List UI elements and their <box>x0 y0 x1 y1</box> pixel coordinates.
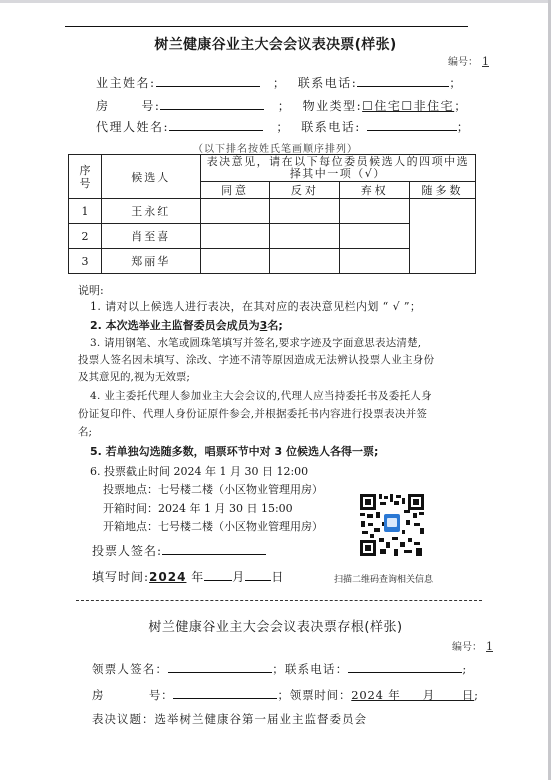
note-3-line1: 3. 请用钢笔、水笔或圆珠笔填写并签名,要求字迹及字面意思表达清楚, <box>90 335 421 350</box>
table-row: 1 王永红 <box>69 199 476 224</box>
note-4-line1: 4. 业主委托代理人参加业主大会会议的,代理人应当持委托书及委托人身 <box>90 388 432 403</box>
property-type-label: 物业类型: <box>303 99 363 113</box>
separator: ； <box>276 120 290 134</box>
receive-time-label: ；领票时间： <box>277 688 351 702</box>
row-seq: 2 <box>69 224 102 249</box>
qr-code[interactable] <box>358 492 426 558</box>
room-label: 房 号: <box>96 99 160 113</box>
vote-cell-oppose[interactable] <box>270 199 340 224</box>
owner-name-field[interactable] <box>156 74 260 87</box>
phone-field[interactable] <box>357 74 449 87</box>
receiver-sign-label: 领票人签名： <box>92 662 168 676</box>
note-3-line3: 及其意见的,视为无效票; <box>78 369 190 384</box>
voter-sign-row: 投票人签名: <box>92 542 266 559</box>
serial-number: 1 <box>482 55 489 68</box>
property-type-checkboxes[interactable]: ☐住宅☐非住宅 <box>362 99 454 113</box>
stub-phone-field[interactable] <box>348 660 462 673</box>
stub-topic-row: 表决议题：选举树兰健康谷第一届业主监督委员会 <box>92 711 367 727</box>
fill-time-row: 填写时间:2024 年月日 <box>92 568 284 585</box>
col-seq-header: 序号 <box>69 155 102 199</box>
vote-cell-follow-majority[interactable] <box>410 199 476 274</box>
line-end: ； <box>449 76 463 90</box>
proxy-phone-field[interactable] <box>367 118 457 131</box>
option-agree: 同意 <box>200 182 270 199</box>
vote-cell-abstain[interactable] <box>340 249 410 274</box>
topic-value: 选举树兰健康谷第一届业主监督委员会 <box>155 712 368 726</box>
row-seq: 3 <box>69 249 102 274</box>
phone-label: 联系电话: <box>298 76 358 90</box>
note-5: 5. 若单独勾选随多数，唱票环节中对 3 位候选人各得一票; <box>90 443 378 459</box>
header-rule <box>65 26 468 27</box>
row-candidate-name: 王永红 <box>101 199 200 224</box>
vote-cell-agree[interactable] <box>200 224 270 249</box>
owner-name-row: 业主姓名: ； 联系电话:； <box>96 74 463 91</box>
owner-name-label: 业主姓名: <box>96 76 156 90</box>
vote-cell-abstain[interactable] <box>340 199 410 224</box>
fill-year[interactable]: 2024 <box>149 570 186 584</box>
proxy-phone-label: 联系电话: <box>301 120 361 134</box>
open-place: 开箱地点：七号楼二楼（小区物业管理用房） <box>103 518 323 534</box>
note-2: 2. 本次选举业主监督委员会成员为3名; <box>90 317 283 333</box>
voter-sign-field[interactable] <box>162 542 266 555</box>
ballot-title: 树兰健康谷业主大会会议表决票(样张) <box>0 34 551 54</box>
stub-receiver-row: 领票人签名：；联系电话：; <box>92 660 467 677</box>
proxy-name-field[interactable] <box>169 118 263 131</box>
serial-number: 1 <box>486 640 493 653</box>
row-candidate-name: 肖至喜 <box>101 224 200 249</box>
col-candidate-header: 候选人 <box>101 155 200 199</box>
option-follow-majority: 随多数 <box>410 182 476 199</box>
stub-room-label: 房 号： <box>92 688 173 702</box>
receiver-sign-field[interactable] <box>168 660 272 673</box>
open-time: 开箱时间：2024 年 1 月 30 日 15:00 <box>103 500 293 516</box>
topic-label: 表决议题： <box>92 712 155 726</box>
fill-day-field[interactable] <box>245 568 271 581</box>
note-4-line2: 份证复印件、代理人身份证原件参会,并根据委托书内容进行投票表决并签 <box>78 406 427 421</box>
qr-caption: 扫描二维码查询相关信息 <box>334 572 433 585</box>
window-top-border <box>0 0 551 3</box>
vote-cell-oppose[interactable] <box>270 249 340 274</box>
line-end: ； <box>457 120 471 134</box>
separator: ； <box>273 76 287 90</box>
ballot-serial: 编号：1 <box>448 53 489 68</box>
fill-time-label: 填写时间: <box>92 570 149 584</box>
stub-serial: 编号：1 <box>452 638 493 653</box>
note-1: 1. 请对以上候选人进行表决，在其对应的表决意见栏内划 “ √ ”； <box>90 298 421 314</box>
stub-room-field[interactable] <box>173 686 277 699</box>
row-seq: 1 <box>69 199 102 224</box>
vote-cell-agree[interactable] <box>200 249 270 274</box>
room-field[interactable] <box>160 97 264 110</box>
option-abstain: 弃权 <box>340 182 410 199</box>
stub-title: 树兰健康谷业主大会会议表决票存根(样张) <box>0 616 551 635</box>
receive-time-field[interactable]: 2024 年 月 日 <box>351 688 474 702</box>
vote-cell-agree[interactable] <box>200 199 270 224</box>
cut-line <box>76 600 482 601</box>
stub-phone-label: ；联系电话： <box>272 662 348 676</box>
proxy-name-label: 代理人姓名: <box>96 120 169 134</box>
col-opinion-header: 表决意见，请在以下每位委员候选人的四项中选择其中一项（√） <box>200 155 475 182</box>
vote-place: 投票地点：七号楼二楼（小区物业管理用房） <box>103 481 323 497</box>
vote-cell-oppose[interactable] <box>270 224 340 249</box>
voter-sign-label: 投票人签名: <box>92 544 162 558</box>
option-oppose: 反对 <box>270 182 340 199</box>
line-end: ； <box>454 99 468 113</box>
proxy-row: 代理人姓名: ； 联系电话:； <box>96 118 470 135</box>
separator: ； <box>278 99 292 113</box>
vote-table: 序号 候选人 表决意见，请在以下每位委员候选人的四项中选择其中一项（√） 同意 … <box>68 154 476 274</box>
serial-label: 编号： <box>452 642 482 653</box>
notes-heading: 说明: <box>78 282 104 298</box>
fill-month-field[interactable] <box>204 568 232 581</box>
note-6: 6. 投票截止时间 2024 年 1 月 30 日 12:00 <box>90 463 308 479</box>
vote-cell-abstain[interactable] <box>340 224 410 249</box>
stub-room-row: 房 号：；领票时间：2024 年 月 日; <box>92 686 479 703</box>
note-4-line3: 名; <box>78 424 92 439</box>
row-candidate-name: 郑丽华 <box>101 249 200 274</box>
room-row: 房 号: ； 物业类型:☐住宅☐非住宅； <box>96 97 468 114</box>
order-note: （以下排名按姓氏笔画顺序排列） <box>0 140 551 155</box>
serial-label: 编号： <box>448 57 478 68</box>
note-3-line2: 投票人签名因未填写、涂改、字迹不清等原因造成无法辨认投票人业主身份 <box>78 352 434 367</box>
